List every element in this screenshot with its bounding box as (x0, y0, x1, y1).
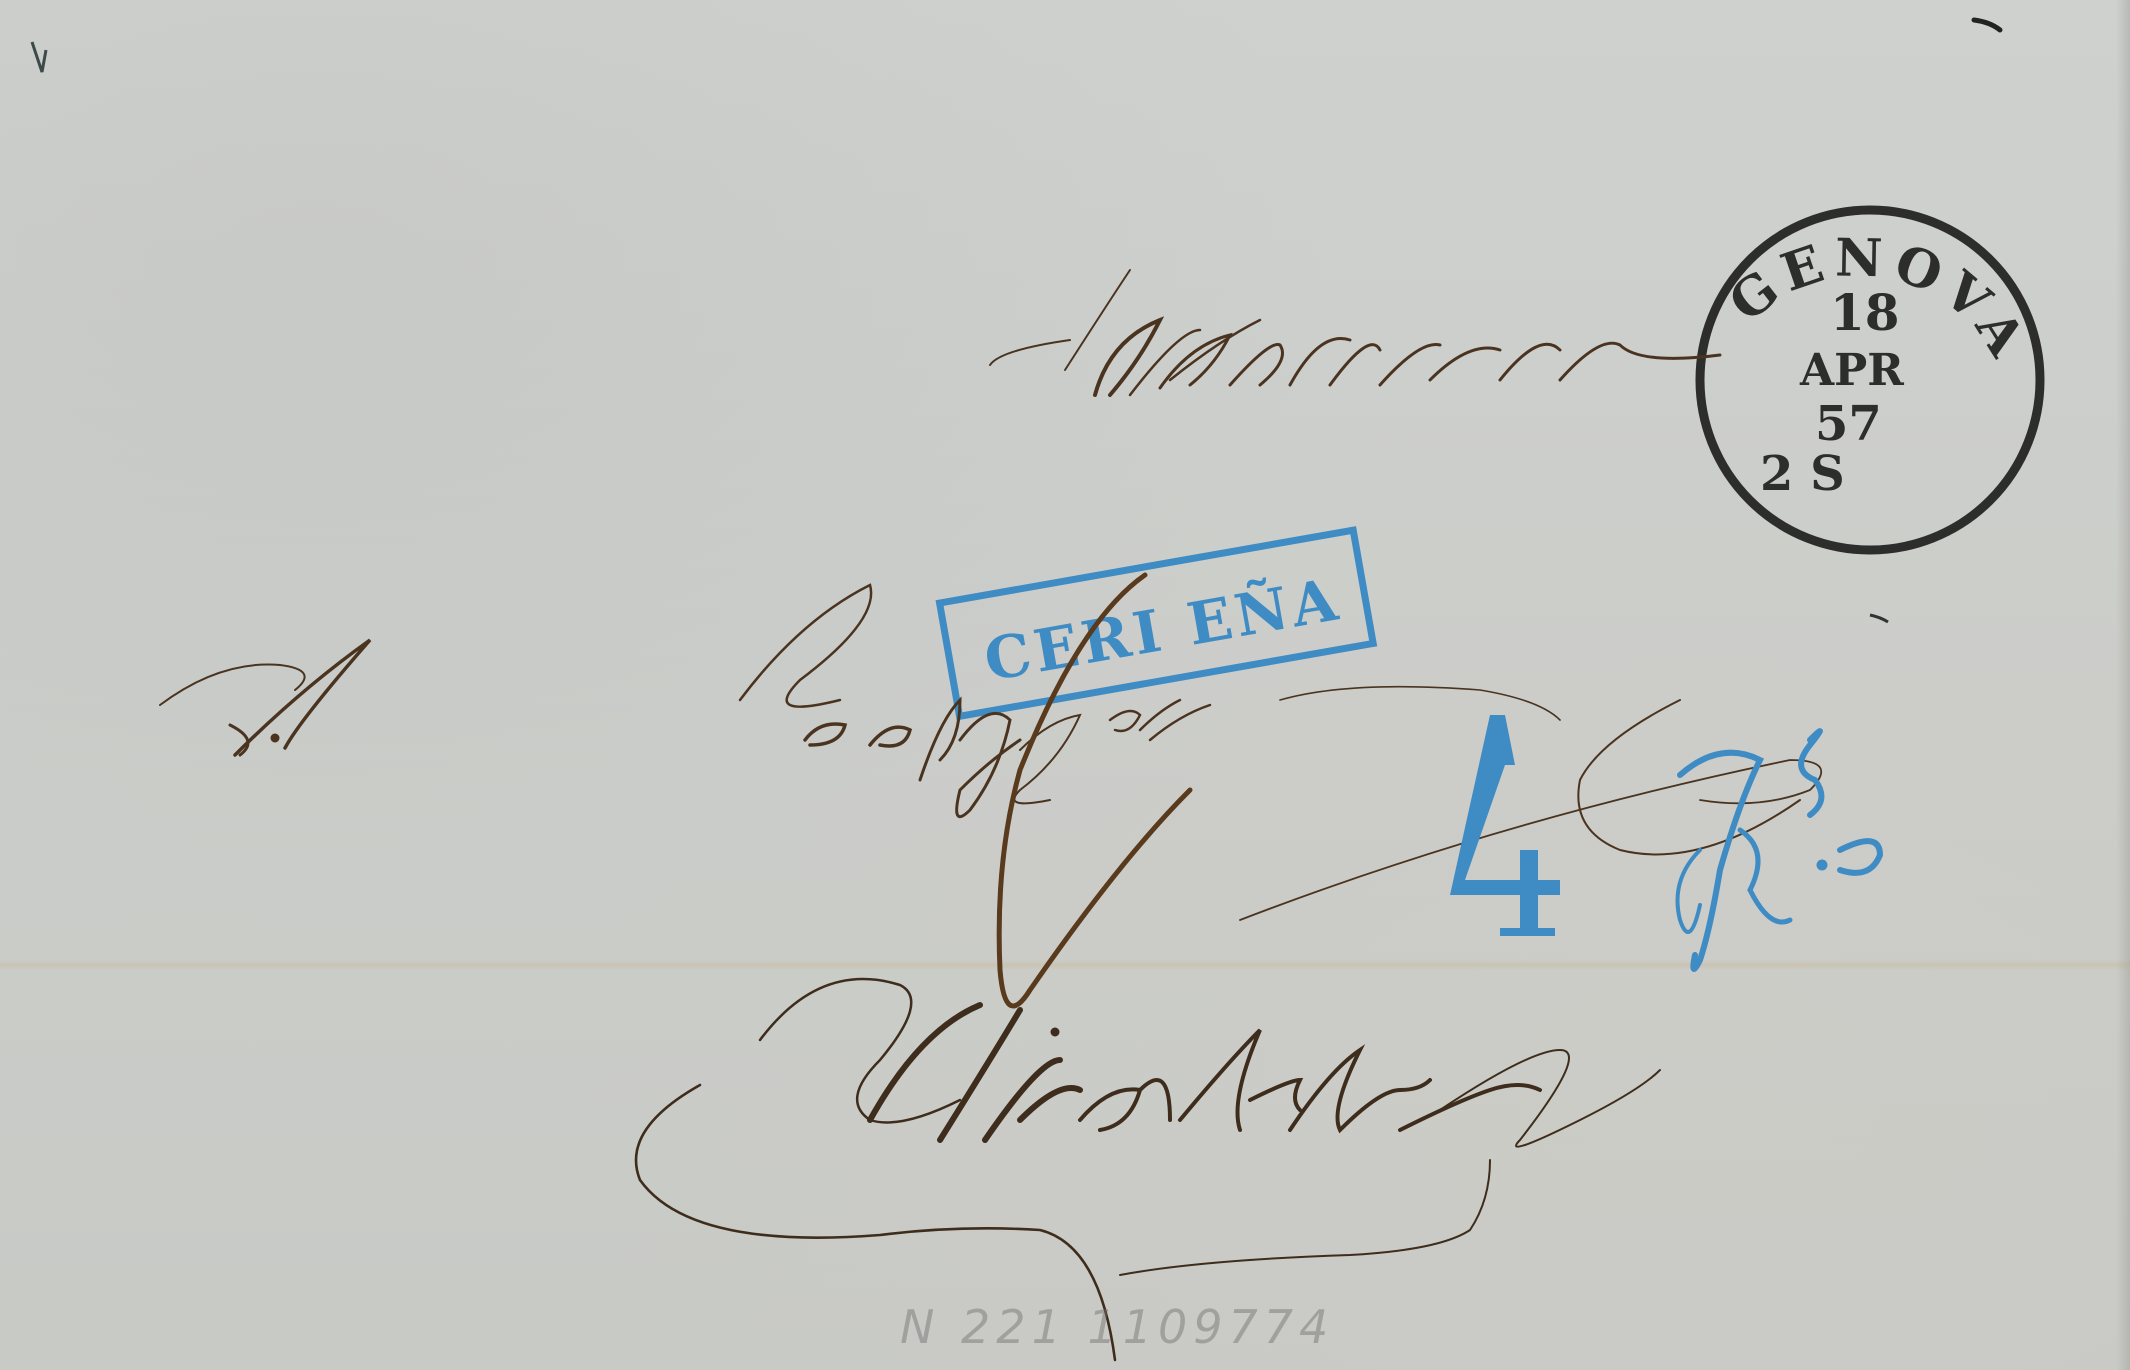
corner-dash-mark (1870, 615, 1888, 622)
blue-rate-4 (1450, 715, 1560, 936)
blue-rs-mark (1678, 731, 1881, 969)
corner-dash-mark (1974, 20, 2000, 30)
postmark-time: 2 S (1760, 446, 1845, 502)
postal-cover: GENOVA 18 APR 57 2 S CERI EÑA (0, 0, 2130, 1370)
ink-layer: GENOVA 18 APR 57 2 S CERI EÑA (0, 0, 2130, 1370)
postmark-year: 57 (1815, 396, 1882, 452)
cerdena-boxed-handstamp: CERI EÑA (940, 530, 1374, 716)
corner-tick-mark (32, 42, 46, 72)
address-line-messieurs (990, 270, 1720, 395)
postmark-month: APR (1799, 345, 1904, 396)
pencil-inventory-note: N 221 1109774 (900, 1300, 1334, 1354)
genova-postmark: GENOVA 18 APR 57 2 S (1700, 210, 2041, 550)
postmark-day: 18 (1830, 283, 1900, 342)
